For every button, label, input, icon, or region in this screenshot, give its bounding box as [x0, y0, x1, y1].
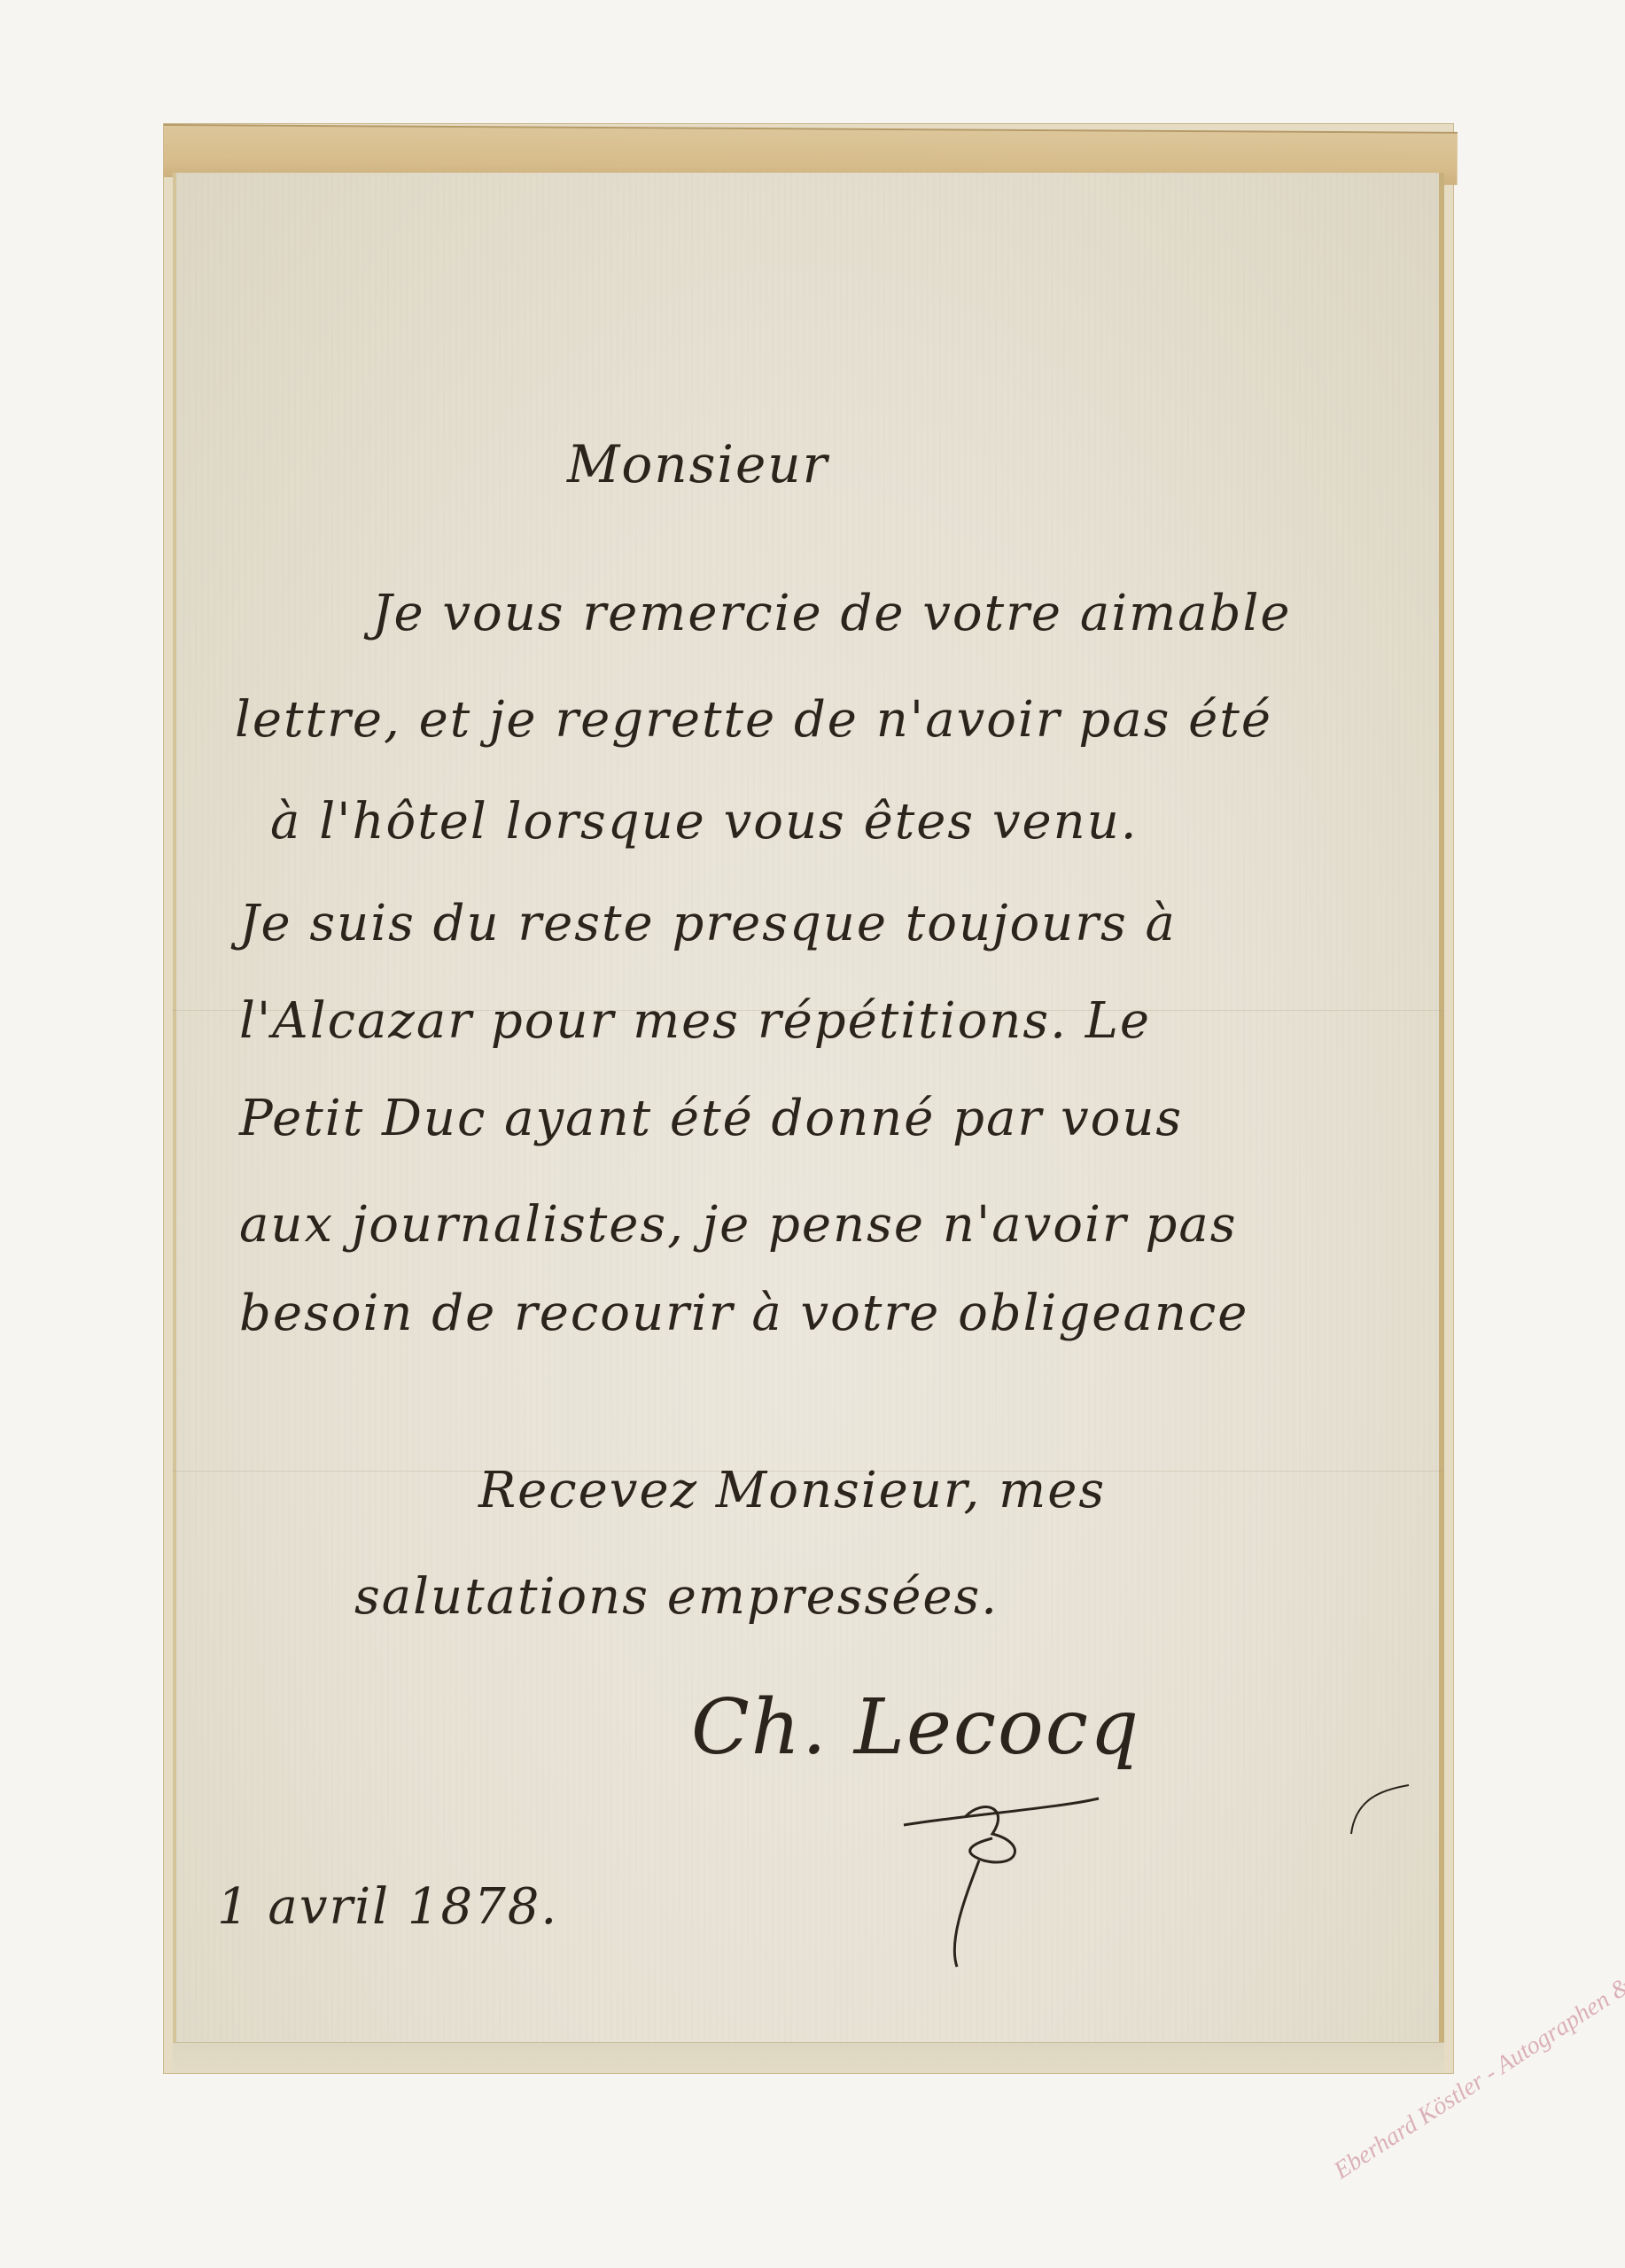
signature: Ch. Lecocq: [691, 1683, 1140, 1772]
letter-line: lettre, et je regrette de n'avoir pas ét…: [235, 691, 1272, 749]
letter-date: 1 avril 1878.: [217, 1878, 558, 1936]
signature-flourish-icon: [886, 1790, 1205, 1984]
letter-line: l'Alcazar pour mes répétitions. Le: [239, 992, 1151, 1050]
letter-closing: salutations empressées.: [354, 1568, 999, 1626]
letter-salutation: Monsieur: [567, 434, 828, 494]
letter-line: Je suis du reste presque toujours à: [239, 895, 1177, 952]
letter-closing: Recevez Monsieur, mes: [478, 1462, 1106, 1519]
margin-mark-icon: [1338, 1781, 1418, 1843]
paper-bottom-edge: [173, 2042, 1444, 2073]
letter-line: Petit Duc ayant été donné par vous: [239, 1090, 1183, 1147]
letter-line: à l'hôtel lorsque vous êtes venu.: [270, 793, 1139, 850]
letter-line: aux journalistes, je pense n'avoir pas: [239, 1196, 1237, 1254]
letter-line: besoin de recourir à votre obligeance: [239, 1285, 1248, 1342]
letter-line: Je vous remercie de votre aimable: [372, 585, 1292, 642]
